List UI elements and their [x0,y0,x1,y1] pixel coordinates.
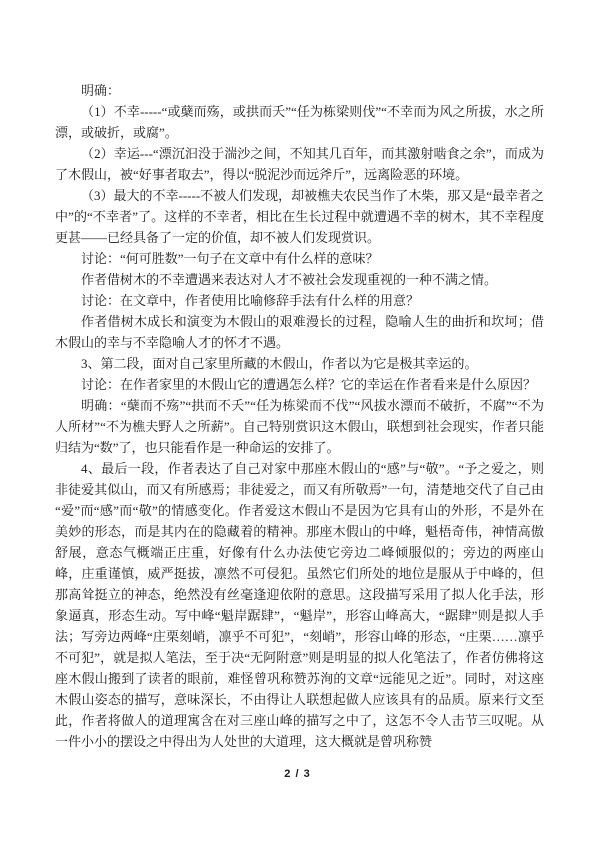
document-body: 明确： （1）不幸-----“或蘖而殇，或拱而夭”“任为栋梁则伐”“不幸而为风之… [55,80,544,752]
paragraph-answer-2: 作者借树木成长和演变为木假山的艰难漫长的过程，隐喻人生的曲折和坎坷；借木假山的幸… [55,311,544,353]
paragraph-section-4: 4、最后一段，作者表达了自己对家中那座木假山的“感”与“敬”。“予之爱之，则非徒… [55,458,544,752]
paragraph-discussion-2: 讨论：在文章中，作者使用比喻修辞手法有什么样的用意？ [55,290,544,311]
paragraph-discussion-3: 讨论：在作者家里的木假山它的遭遇怎么样？它的幸运在作者看来是什么原因？ [55,374,544,395]
paragraph-discussion-1: 讨论：“何可胜数”一句子在文章中有什么样的意味？ [55,248,544,269]
paragraph-mingque-2: 明确：“蘖而不殇”“拱而不夭”“任为栋梁而不伐”“风拔水漂而不破折，不腐”“不为… [55,395,544,458]
page-number: 2 / 3 [284,768,310,780]
paragraph-answer-1: 作者借树木的不幸遭遇来表达对人才不被社会发现重视的一种不满之情。 [55,269,544,290]
paragraph-section-3: 3、第二段，面对自己家里所藏的木假山，作者以为它是极其幸运的。 [55,353,544,374]
paragraph-greatest-misfortune-3: （3）最大的不幸-----不被人们发现，却被樵夫农民当作了木柴，那又是“最幸者之… [55,185,544,248]
paragraph-mingque-1: 明确： [55,80,544,101]
paragraph-unfortunate-1: （1）不幸-----“或蘖而殇，或拱而夭”“任为栋梁则伐”“不幸而为风之所拔，水… [55,101,544,143]
page-footer: 2 / 3 [0,764,595,782]
paragraph-fortunate-2: （2）幸运---“漂沉汩没于湍沙之间，不知其几百年，而其激射啮食之余”，而成为了… [55,143,544,185]
document-page: 明确： （1）不幸-----“或蘖而殇，或拱而夭”“任为栋梁则伐”“不幸而为风之… [0,0,595,841]
